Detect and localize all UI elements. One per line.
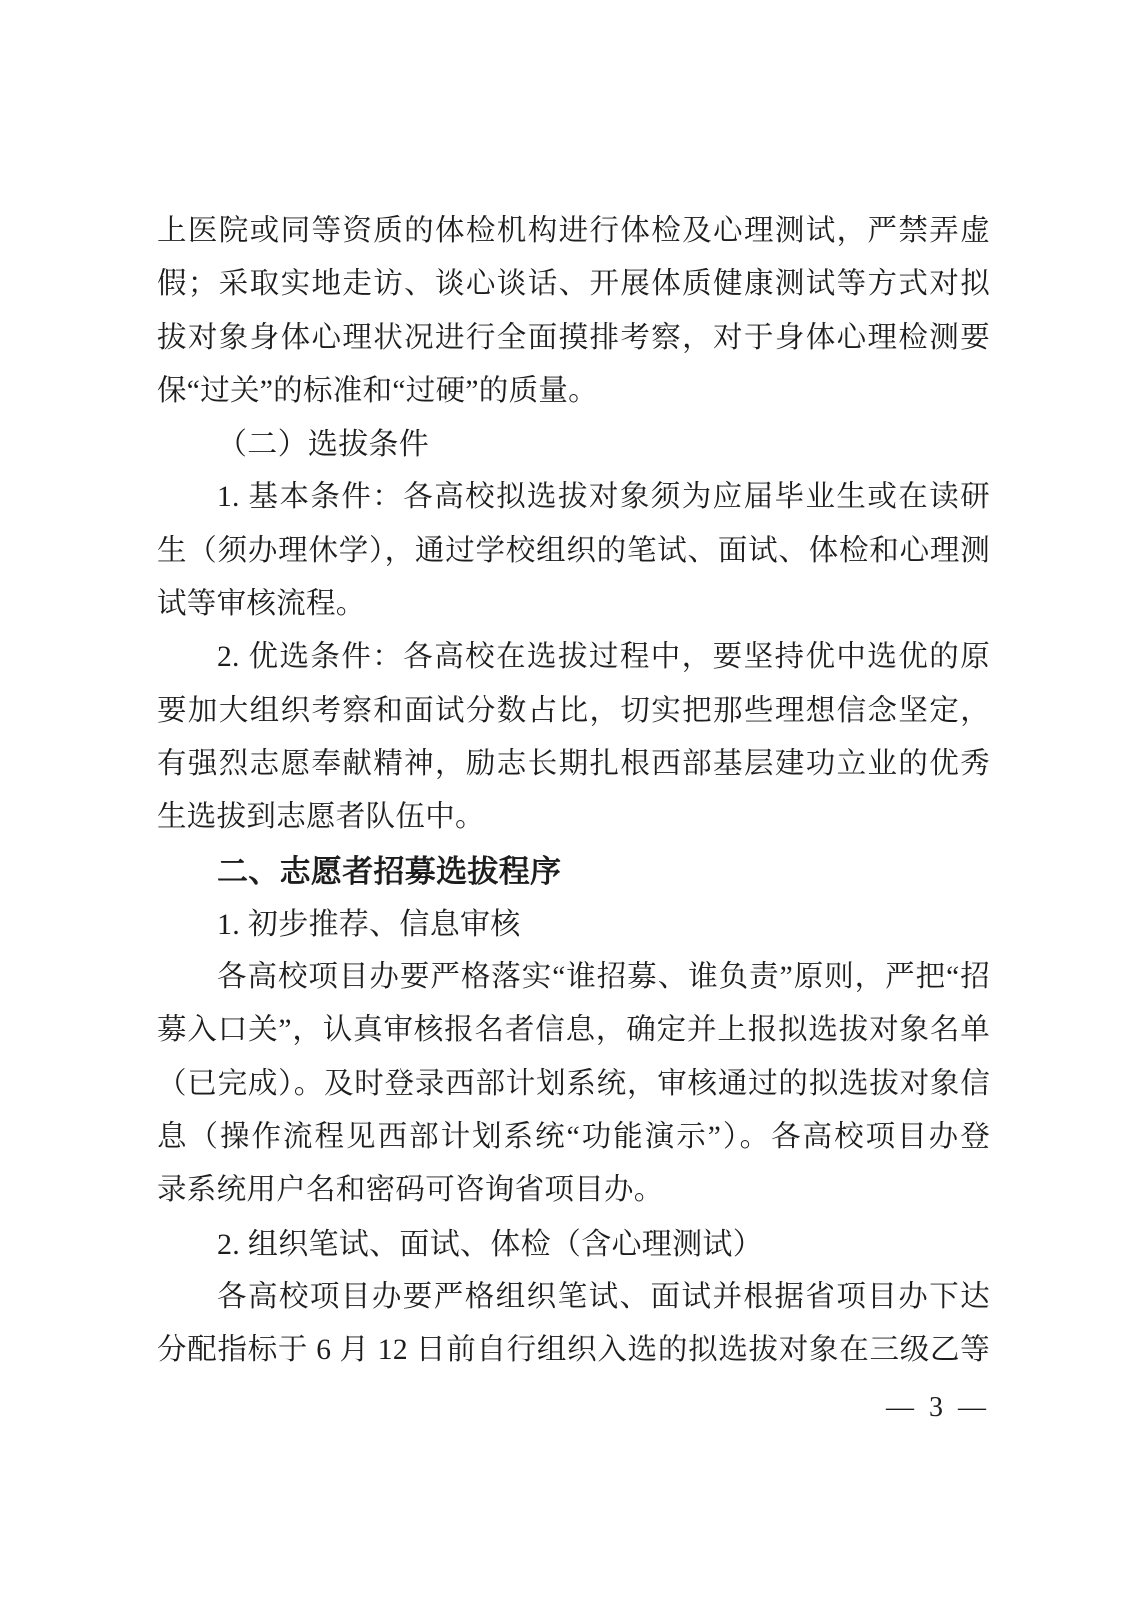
text-line: 募入口关”，认真审核报名者信息，确定并上报拟选拔对象名单	[157, 1004, 990, 1057]
document-page: 上医院或同等资质的体检机构进行体检及心理测试，严禁弄虚作假；采取实地走访、谈心谈…	[0, 0, 1131, 1600]
text-line: 2. 优选条件：各高校在选拔过程中，要坚持优中选优的原则；	[157, 631, 990, 684]
text-line: 1. 基本条件：各高校拟选拔对象须为应届毕业生或在读研究	[157, 471, 990, 524]
section-heading: 二、志愿者招募选拔程序	[157, 845, 990, 898]
text-line: 有强烈志愿奉献精神，励志长期扎根西部基层建功立业的优秀学	[157, 738, 990, 791]
text-line: 录系统用户名和密码可咨询省项目办。	[157, 1164, 990, 1217]
text-line: 拔对象身体心理状况进行全面摸排考察，对于身体心理检测要确	[157, 312, 990, 365]
text-line: 生（须办理休学），通过学校组织的笔试、面试、体检和心理测	[157, 525, 990, 578]
text-line: 上医院或同等资质的体检机构进行体检及心理测试，严禁弄虚作	[157, 205, 990, 258]
text-line: 生选拔到志愿者队伍中。	[157, 791, 990, 844]
text-line: 试等审核流程。	[157, 578, 990, 631]
text-line: 保“过关”的标准和“过硬”的质量。	[157, 365, 990, 418]
section-heading: （二）选拔条件	[157, 418, 990, 471]
text-line: （已完成）。及时登录西部计划系统，审核通过的拟选拔对象信	[157, 1058, 990, 1111]
document-body: 上医院或同等资质的体检机构进行体检及心理测试，严禁弄虚作假；采取实地走访、谈心谈…	[157, 205, 990, 1378]
text-line: 息（操作流程见西部计划系统“功能演示”）。各高校项目办登	[157, 1111, 990, 1164]
text-line: 假；采取实地走访、谈心谈话、开展体质健康测试等方式对拟选	[157, 258, 990, 311]
section-heading: 2. 组织笔试、面试、体检（含心理测试）	[157, 1218, 990, 1271]
text-line: 各高校项目办要严格组织笔试、面试并根据省项目办下达的	[157, 1271, 990, 1324]
text-line: 分配指标于 6 月 12 日前自行组织入选的拟选拔对象在三级乙等	[157, 1324, 990, 1377]
section-heading: 1. 初步推荐、信息审核	[157, 898, 990, 951]
page-number: — 3 —	[886, 1392, 990, 1424]
text-line: 要加大组织考察和面试分数占比，切实把那些理想信念坚定，具	[157, 685, 990, 738]
text-line: 各高校项目办要严格落实“谁招募、谁负责”原则，严把“招	[157, 951, 990, 1004]
